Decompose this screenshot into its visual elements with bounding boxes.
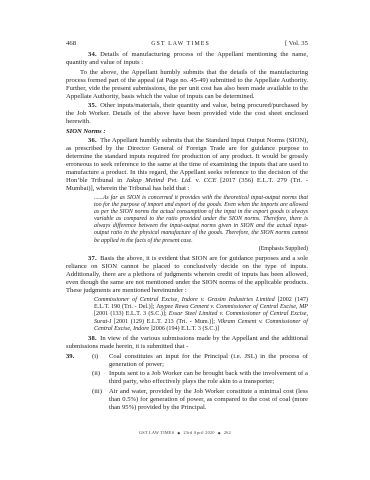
footer-page-number: 262 bbox=[224, 430, 231, 435]
document-body: 34. Details of manufacturing process of … bbox=[66, 51, 308, 412]
para-36: 36. The Appellant humbly submits that th… bbox=[66, 137, 308, 193]
page-footer: GST LAW TIMES◆23rd April 2020◆262 bbox=[0, 430, 370, 436]
tribunal-quote: ......As far as SION is concerned it pro… bbox=[94, 195, 308, 245]
para-38: 38. In view of the various submissions m… bbox=[66, 335, 308, 351]
para-34-heading: 34. Details of manufacturing process of … bbox=[66, 51, 308, 67]
header-journal-title: GST LAW TIMES bbox=[151, 40, 210, 48]
footer-journal-title: GST LAW TIMES bbox=[139, 430, 174, 435]
list-item: (iii)Air and water, provided by the Job … bbox=[66, 388, 308, 412]
para-37: 37. Basis the above, it is evident that … bbox=[66, 255, 308, 295]
para-34-body: To the above, the Appellant humbly submi… bbox=[66, 69, 308, 101]
list-item-text: Coal constitutes an input for the Princi… bbox=[109, 353, 308, 369]
list-item-label: (iii) bbox=[92, 388, 107, 412]
page-header: 468 GST LAW TIMES [ Vol. 35 bbox=[66, 40, 308, 48]
header-page-number: 468 bbox=[66, 40, 76, 48]
para-35: 35. Other inputs/materials, their quanti… bbox=[66, 102, 308, 126]
para-39-list: 39.(i)Coal constitutes an input for the … bbox=[66, 353, 308, 412]
list-number bbox=[66, 370, 90, 386]
list-item-text: Air and water, provided by the Job Worke… bbox=[109, 388, 308, 412]
header-volume: [ Vol. 35 bbox=[285, 40, 308, 48]
list-item-text: Inputs sent to a Job Worker can be broug… bbox=[109, 370, 308, 386]
footer-separator-icon: ◆ bbox=[177, 431, 180, 435]
list-item-label: (ii) bbox=[92, 370, 107, 386]
list-item: (ii)Inputs sent to a Job Worker can be b… bbox=[66, 370, 308, 386]
list-number: 39. bbox=[66, 353, 90, 369]
judgment-citations: Commissioner of Central Excise, Indore v… bbox=[94, 297, 308, 334]
emphasis-supplied: (Emphasis Supplied) bbox=[66, 246, 308, 253]
list-item: 39.(i)Coal constitutes an input for the … bbox=[66, 353, 308, 369]
document-page: 468 GST LAW TIMES [ Vol. 35 34. Details … bbox=[0, 0, 370, 480]
list-number bbox=[66, 388, 90, 412]
list-item-label: (i) bbox=[92, 353, 107, 369]
footer-separator-icon: ◆ bbox=[218, 431, 221, 435]
sion-norms-heading: SION Norms : bbox=[66, 128, 308, 136]
footer-date: 23rd April 2020 bbox=[184, 430, 215, 435]
